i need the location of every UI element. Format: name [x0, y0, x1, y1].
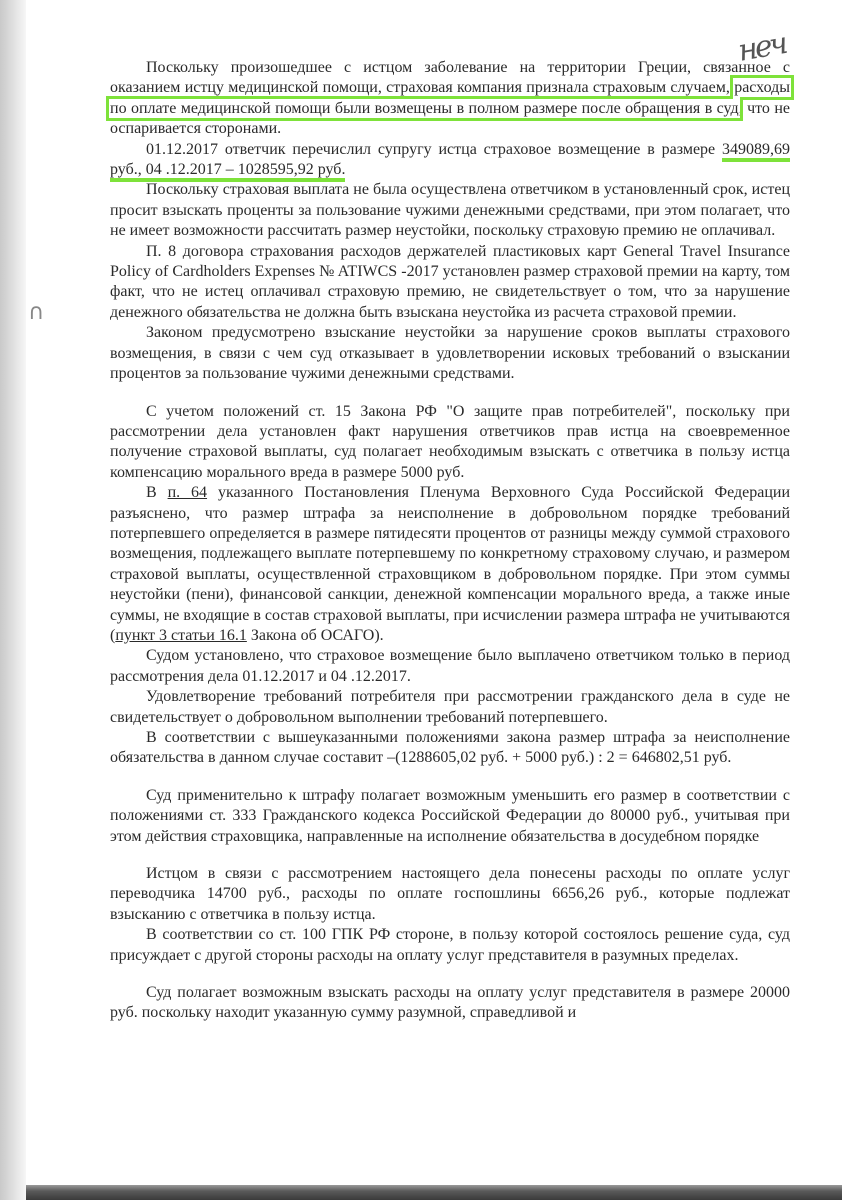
paragraph-6: С учетом положений ст. 15 Закона РФ "О з… [110, 402, 790, 484]
paragraph-2-text: 01.12.2017 ответчик перечислил супругу и… [146, 141, 722, 158]
paragraph-7-text: В [146, 484, 168, 501]
paragraph-7-tail: Закона об ОСАГО). [247, 627, 384, 644]
paragraph-1: Поскольку произошедшее с истцом заболева… [110, 58, 790, 140]
paragraph-12: Истцом в связи с рассмотрением настоящег… [110, 864, 790, 925]
paragraph-9: Удовлетворение требований потребителя пр… [110, 687, 790, 728]
paragraph-13: В соответствии со ст. 100 ГПК РФ стороне… [110, 925, 790, 966]
paragraph-11: Суд применительно к штрафу полагает возм… [110, 786, 790, 847]
paragraph-5: Законом предусмотрено взыскание неустойк… [110, 323, 790, 384]
paragraph-10: В соответствии с вышеуказанными положени… [110, 728, 790, 769]
link-article-16-1[interactable]: пункт 3 статьи 16.1 [115, 627, 247, 644]
margin-pencil-mark: ∩ [28, 300, 44, 325]
link-p64[interactable]: п. 64 [168, 484, 207, 501]
paragraph-2: 01.12.2017 ответчик перечислил супругу и… [110, 140, 790, 181]
document-page: Поскольку произошедшее с истцом заболева… [110, 58, 790, 1024]
paragraph-4: П. 8 договора страхования расходов держа… [110, 242, 790, 324]
paragraph-7-body: указанного Постановления Пленума Верховн… [110, 484, 790, 644]
paragraph-14: Суд полагает возможным взыскать расходы … [110, 983, 790, 1024]
scan-left-shadow [0, 0, 26, 1200]
paragraph-3: Поскольку страховая выплата не была осущ… [110, 180, 790, 241]
paragraph-8: Судом установлено, что страховое возмеще… [110, 646, 790, 687]
paragraph-7: В п. 64 указанного Постановления Пленума… [110, 483, 790, 646]
paragraph-1-text: Поскольку произошедшее с истцом заболева… [110, 59, 790, 96]
scan-bottom-edge [26, 1185, 842, 1200]
